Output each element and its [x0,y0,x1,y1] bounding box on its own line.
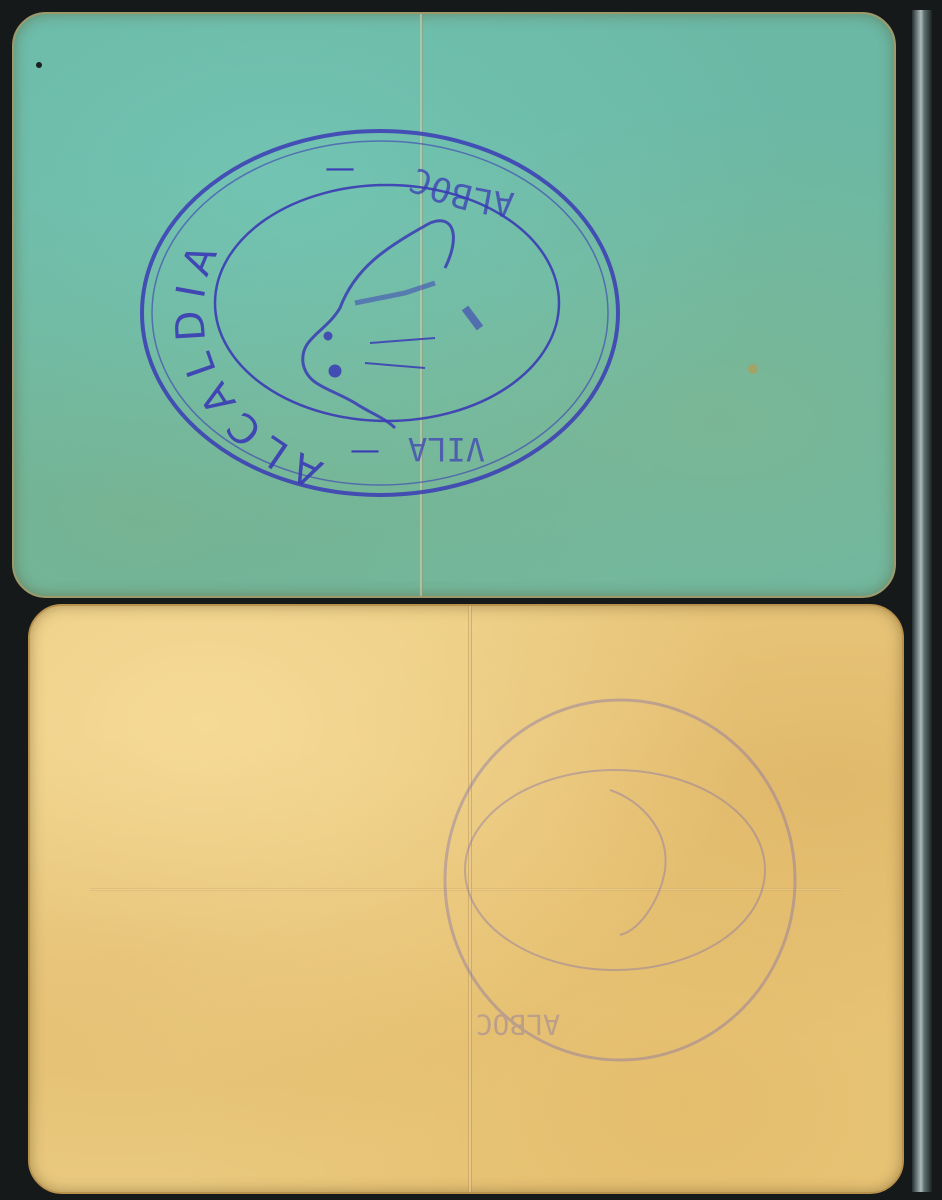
pin-hole [36,62,42,68]
svg-text:ALBOC: ALBOC [404,159,516,224]
stamp-text-top: ALBOC [404,159,516,224]
stamp-separator-top: — [325,151,355,186]
faded-stamp-text: ALBOC [476,1008,560,1041]
stain-spot [748,364,758,374]
stamp-separator-bottom: — [350,433,380,468]
faded-municipal-stamp: ALBOC [440,690,840,1090]
display-sleeve-edge [912,10,932,1192]
stamp-text-alcaldia: ALCALDIA [166,230,329,497]
municipal-stamp: ALCALDIA — — ALBOC VILA [125,118,625,508]
stamp-text-bottom: VILA [408,430,485,468]
svg-text:ALCALDIA: ALCALDIA [166,230,329,497]
animal-head-icon [303,221,480,428]
